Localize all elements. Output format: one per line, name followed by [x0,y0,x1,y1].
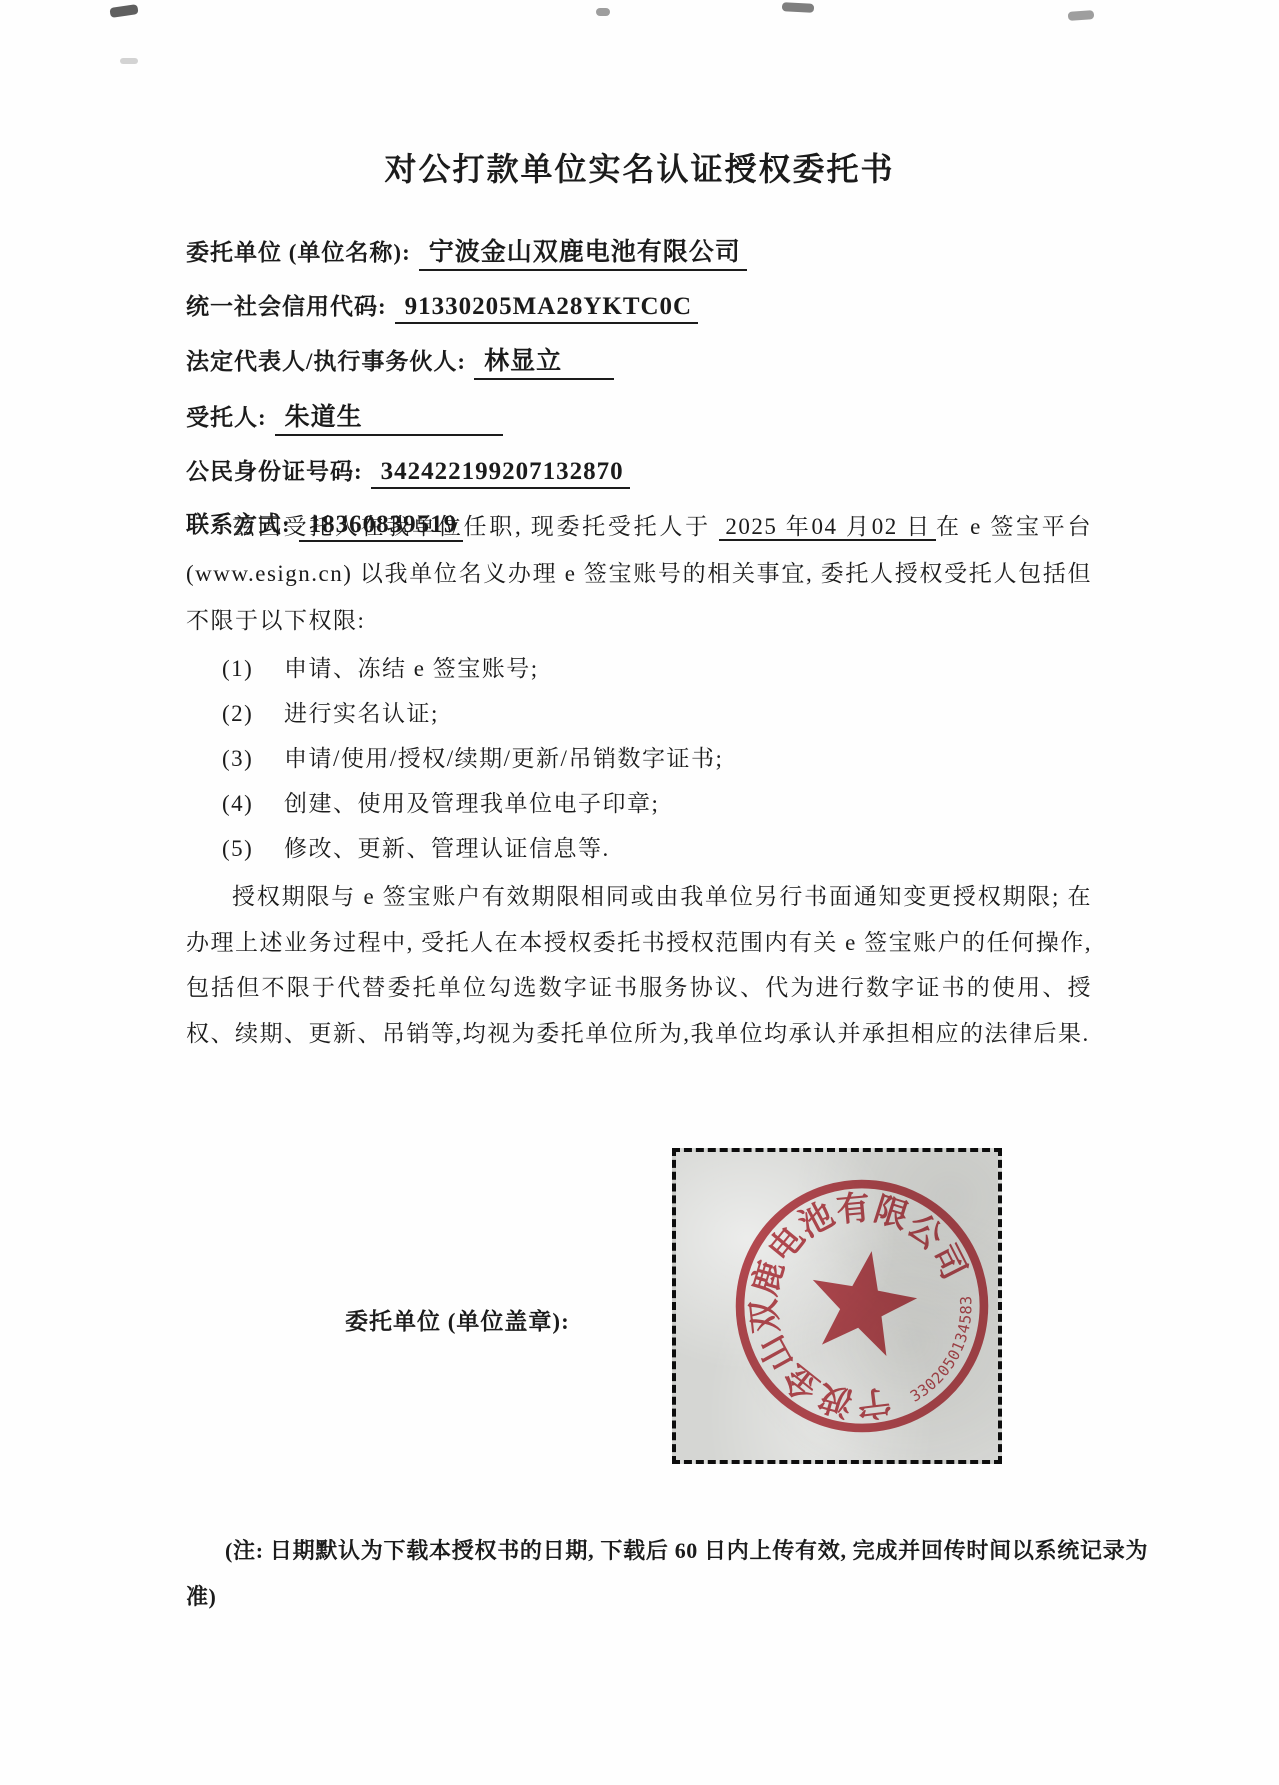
field-row-credit-code: 统一社会信用代码: 91330205MA28YKTC0C [186,288,747,324]
svg-text:8: 8 [957,1305,975,1315]
permission-number: (2) [186,691,284,736]
permission-item: (2) 进行实名认证; [186,691,1092,736]
permission-text: 申请、冻结 e 签宝账号; [284,646,1092,691]
field-row-id-number: 公民身份证号码: 342422199207132870 [186,453,747,489]
permission-number: (5) [186,826,284,871]
svg-text:双: 双 [743,1297,785,1335]
field-label: 委托单位 (单位名称): [186,234,411,267]
legal-representative-value: 林显立 [474,341,614,380]
field-label: 统一社会信用代码: [186,288,387,321]
seal-star-icon [788,1233,927,1374]
document-title: 对公打款单位实名认证授权委托书 [0,144,1279,190]
liability-paragraph: 授权期限与 e 签宝账户有效期限相同或由我单位另行书面通知变更授权期限; 在办理… [186,874,1092,1056]
svg-text:有: 有 [835,1188,872,1230]
permission-item: (3) 申请/使用/授权/续期/更新/吊销数字证书; [186,736,1092,781]
svg-text:3: 3 [957,1295,975,1305]
permission-text: 创建、使用及管理我单位电子印章; [284,781,1092,826]
permission-text: 进行实名认证; [284,691,1092,736]
permission-text: 申请/使用/授权/续期/更新/吊销数字证书; [284,736,1092,781]
authorization-paragraph: 兹因受托人在我单位任职, 现委托受托人于 2025 年04 月02 日在 e 签… [186,503,1092,644]
scan-artifact [109,4,138,18]
seal-caption: 委托单位 (单位盖章): [345,1303,570,1336]
scan-artifact [120,58,138,64]
permission-item: (5) 修改、更新、管理认证信息等. [186,826,1092,871]
permission-number: (1) [186,646,284,691]
credit-code-value: 91330205MA28YKTC0C [395,293,698,324]
company-name-value: 宁波金山双鹿电池有限公司 [419,232,747,271]
field-label: 公民身份证号码: [186,453,363,486]
company-seal: 宁波金山双鹿电池有限公司 3302050134583 [718,1162,1006,1450]
field-row-legal-representative: 法定代表人/执行事务伙人: 林显立 [186,341,747,380]
permission-number: (3) [186,736,284,781]
field-label: 受托人: [186,399,267,432]
svg-text:宁: 宁 [855,1382,893,1425]
scanned-document-page: 对公打款单位实名认证授权委托书 委托单位 (单位名称): 宁波金山双鹿电池有限公… [0,0,1279,1785]
footnote: (注: 日期默认为下载本授权书的日期, 下载后 60 日内上传有效, 完成并回传… [186,1528,1148,1620]
trustee-value: 朱道生 [275,397,503,436]
permission-number: (4) [186,781,284,826]
field-row-trustee: 受托人: 朱道生 [186,397,747,436]
permission-item: (1) 申请、冻结 e 签宝账号; [186,646,1092,691]
id-number-value: 342422199207132870 [371,458,630,489]
authorization-date: 2025 年04 月02 日 [719,514,936,541]
permission-item: (4) 创建、使用及管理我单位电子印章; [186,781,1092,826]
seal-area-box: 宁波金山双鹿电池有限公司 3302050134583 [672,1148,1002,1464]
field-row-entrusting-unit: 委托单位 (单位名称): 宁波金山双鹿电池有限公司 [186,232,747,271]
field-label: 法定代表人/执行事务伙人: [186,343,466,376]
permissions-list: (1) 申请、冻结 e 签宝账号; (2) 进行实名认证; (3) 申请/使用/… [186,646,1092,871]
scan-artifact [1068,10,1095,21]
permission-text: 修改、更新、管理认证信息等. [284,826,1092,871]
para1-before-date: 兹因受托人在我单位任职, 现委托受托人于 [232,514,719,539]
scan-artifact [782,2,814,13]
scan-artifact [596,8,610,16]
document-body: 兹因受托人在我单位任职, 现委托受托人于 2025 年04 月02 日在 e 签… [186,503,1092,1056]
